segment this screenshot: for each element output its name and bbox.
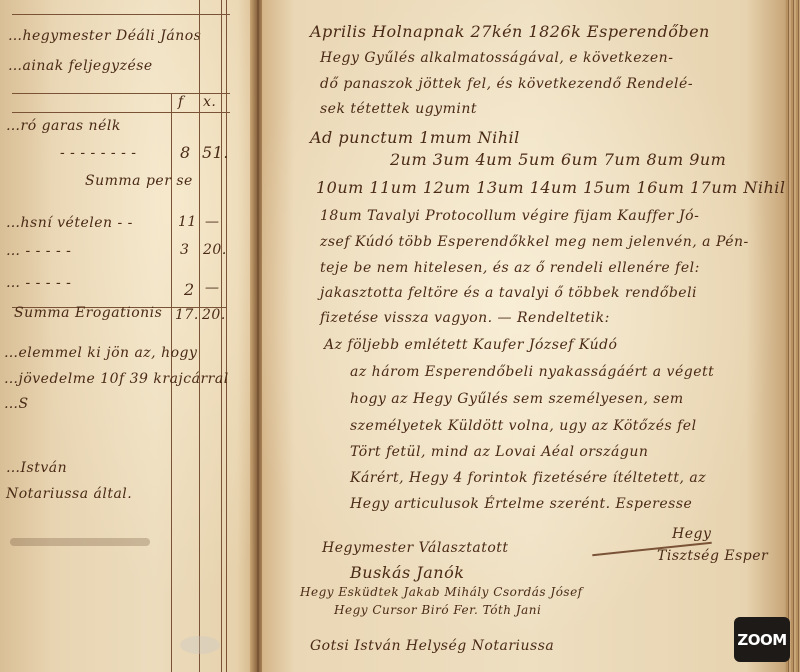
note-line: …jövedelme 10f 39 krajcárral xyxy=(4,371,229,387)
minutes-line: fizetése vissza vagyon. — Rendeltetik: xyxy=(320,310,610,326)
minutes-line: Ad punctum 1mum Nihil xyxy=(310,128,520,147)
minutes-line: Tört fetül, mind az Lovai Aéal országun xyxy=(350,444,648,460)
ledger-sum-f: 17. xyxy=(175,307,199,323)
ledger-row-x: 20. xyxy=(203,242,227,258)
hegymester-line: Hegymester Választatott xyxy=(322,540,509,556)
ledger-row-f: 8 xyxy=(180,143,191,162)
minutes-line: 2um 3um 4um 5um 6um 7um 8um 9um xyxy=(390,150,726,169)
minutes-line: Hegy Gyűlés alkalmatosságával, e követke… xyxy=(320,50,673,66)
signature-line: …István xyxy=(6,460,67,476)
witness-line: Hegy Cursor Biró Fer. Tóth Jani xyxy=(334,603,541,617)
ledger-row-label: - - - - - - - - xyxy=(60,145,137,161)
ledger-row-label: … - - - - - xyxy=(6,275,71,291)
minutes-line: 18um Tavalyi Protocollum végire fijam Ka… xyxy=(320,208,699,224)
manuscript-scan: …hegymester Déáli János …ainak feljegyzé… xyxy=(0,0,800,672)
hegymester-name: Buskás Janók xyxy=(350,563,464,582)
ledger-row-label: …hsní vételen - - xyxy=(6,215,133,231)
minutes-line: hogy az Hegy Gyűlés sem személyesen, sem xyxy=(350,391,684,407)
wax-stain xyxy=(180,636,220,654)
minutes-line: Kárért, Hegy 4 forintok fizetésére ítélt… xyxy=(350,470,706,486)
ledger-row-f: 11 xyxy=(178,214,197,230)
minutes-line: személyetek Küldött volna, ugy az Kötőzé… xyxy=(350,418,697,434)
minutes-line: teje be nem hitelesen, és az ő rendeli e… xyxy=(320,260,700,276)
col-header-f: f xyxy=(178,94,184,110)
column-rule-right-1 xyxy=(221,0,222,672)
zoom-logo-text: ZOOM xyxy=(737,631,786,649)
ledger-row-label: Summa per se xyxy=(85,173,193,189)
minutes-line: Aprilis Holnapnak 27kén 1826k Esperendőb… xyxy=(310,22,710,41)
right-page: Aprilis Holnapnak 27kén 1826k Esperendőb… xyxy=(262,0,800,672)
ledger-row-f: 2 xyxy=(184,280,195,299)
minutes-line: zsef Kúdó több Esperendőkkel meg nem jel… xyxy=(320,234,749,250)
ledger-row-label: … - - - - - xyxy=(6,243,71,259)
signature-right: Tisztség Esper xyxy=(657,548,768,564)
witness-line: Hegy Esküdtek Jakab Mihály Csordás Jósef xyxy=(300,585,583,599)
zoom-logo-badge[interactable]: ZOOM xyxy=(734,617,790,662)
minutes-line: dő panaszok jöttek fel, és következendő … xyxy=(320,76,693,92)
note-line: …elemmel ki jön az, hogy xyxy=(4,345,197,361)
top-rule xyxy=(12,14,230,15)
signature-right: Hegy xyxy=(672,526,711,542)
ledger-sum-x: 20. xyxy=(202,307,226,323)
ledger-row-x: — xyxy=(205,214,220,230)
ledger-row-x: — xyxy=(205,280,220,296)
header-rule-top xyxy=(12,93,230,94)
col-header-x: x. xyxy=(203,94,216,110)
minutes-line: 10um 11um 12um 13um 14um 15um 16um 17um … xyxy=(316,178,786,197)
left-heading-line-1: …hegymester Déáli János xyxy=(8,28,201,44)
note-line: …S xyxy=(4,396,29,412)
minutes-line: Az följebb emlétett Kaufer József Kúdó xyxy=(324,337,617,353)
ink-smudge xyxy=(10,538,150,546)
column-rule-right-2 xyxy=(226,0,227,672)
ledger-row-x: 51. xyxy=(202,143,229,162)
page-edges xyxy=(786,0,800,672)
column-rule-x xyxy=(199,0,200,672)
ledger-sum-label: Summa Erogationis xyxy=(14,305,162,321)
minutes-line: jakasztotta feltöre és a tavalyi ő többe… xyxy=(320,285,697,301)
signature-line: Notariussa által. xyxy=(6,486,132,502)
ledger-row-f: 3 xyxy=(180,242,189,258)
minutes-line: Hegy articulusok Értelme szerént. Espere… xyxy=(350,496,692,512)
left-page: …hegymester Déáli János …ainak feljegyzé… xyxy=(0,0,258,672)
notary-line: Gotsi István Helység Notariussa xyxy=(310,638,554,654)
left-heading-line-2: …ainak feljegyzése xyxy=(8,58,153,74)
ledger-row-label: …ró garas nélk xyxy=(6,118,121,134)
minutes-line: sek tétettek ugymint xyxy=(320,101,477,117)
minutes-line: az három Esperendőbeli nyakasságáért a v… xyxy=(350,364,714,380)
header-rule-bottom xyxy=(12,112,230,113)
